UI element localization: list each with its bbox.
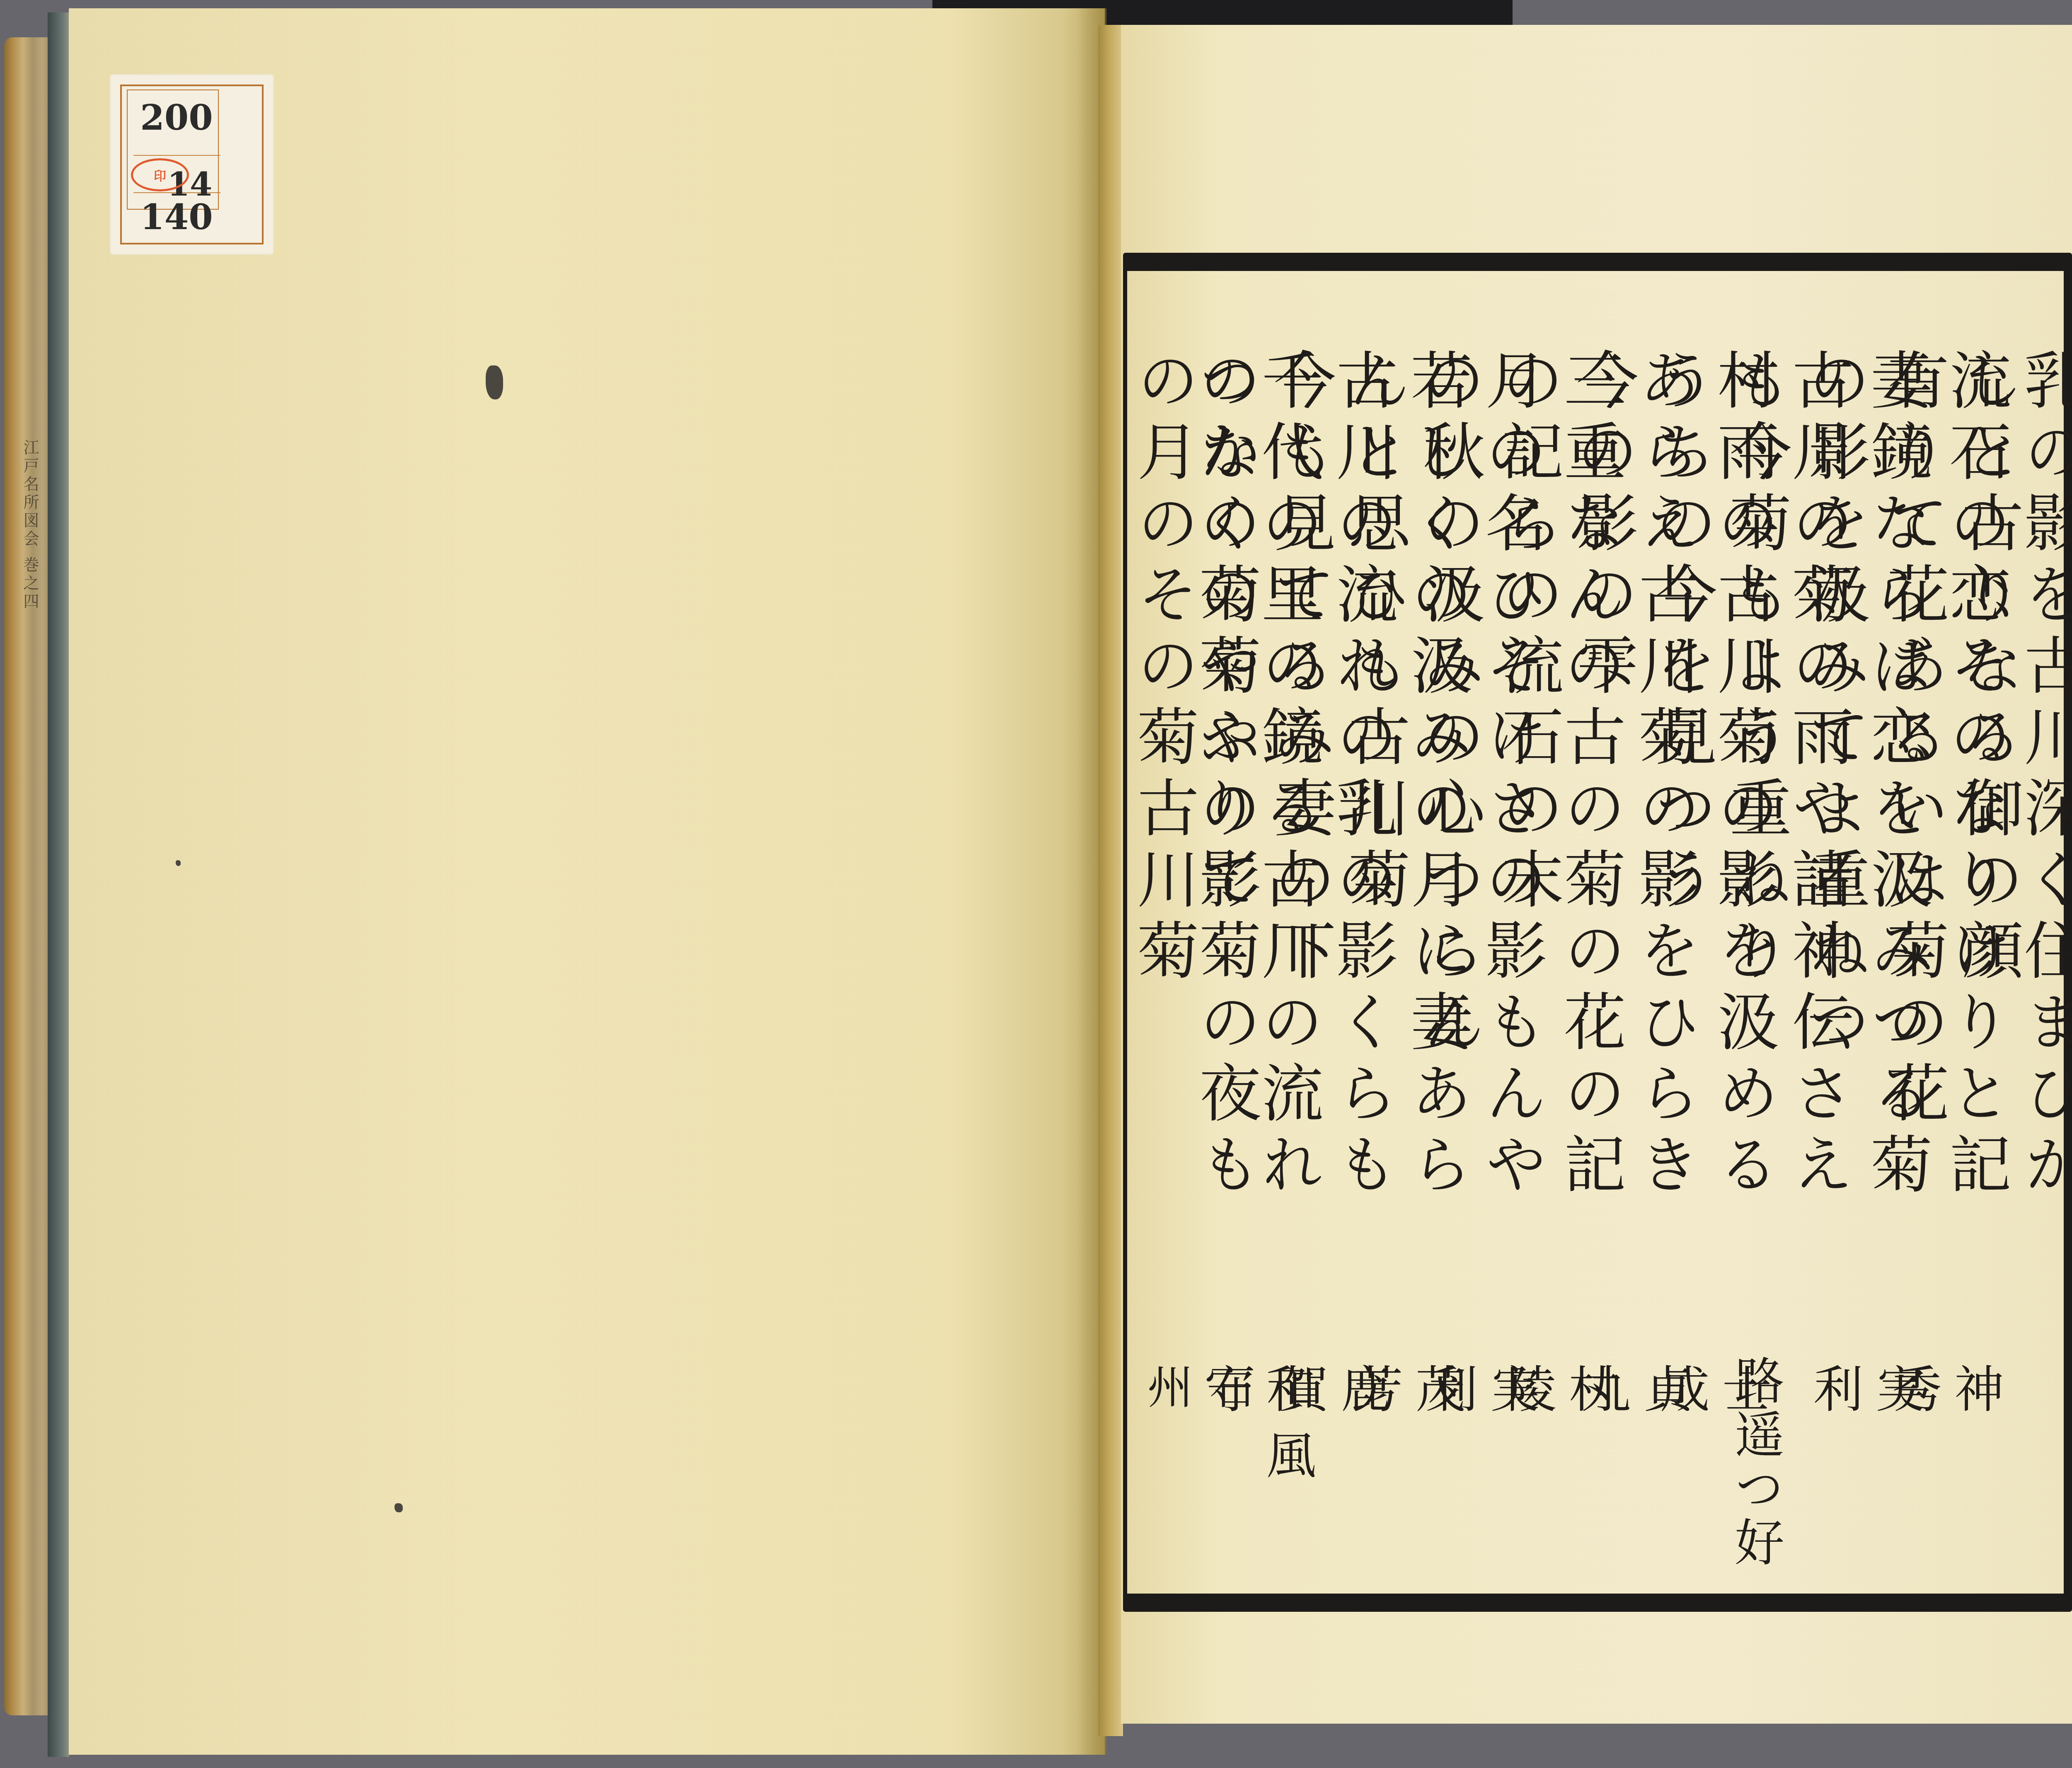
paper-blemish <box>486 365 503 399</box>
left-cover-board <box>48 12 69 1757</box>
red-seal-stamp: 印 <box>131 158 189 191</box>
book-gutter <box>1098 25 1123 1736</box>
author-name: 石 州 <box>1135 1363 1260 1595</box>
label-divider <box>133 155 220 156</box>
label-number-3: 140 <box>123 200 230 235</box>
library-label: 200 14 140 印 <box>111 75 273 254</box>
left-fore-edge-text: 江戸名所図会 巻之四 <box>17 439 41 1144</box>
paper-blemish <box>176 860 181 866</box>
author-name: 実 利 <box>1803 1363 1927 1595</box>
paper-blemish <box>395 1503 403 1512</box>
label-number-1: 200 <box>123 100 230 135</box>
left-page <box>69 8 1105 1755</box>
text-column-12: つなの菊やふりて菊の夜もの月のその菊古川菊 <box>1131 348 1256 1218</box>
